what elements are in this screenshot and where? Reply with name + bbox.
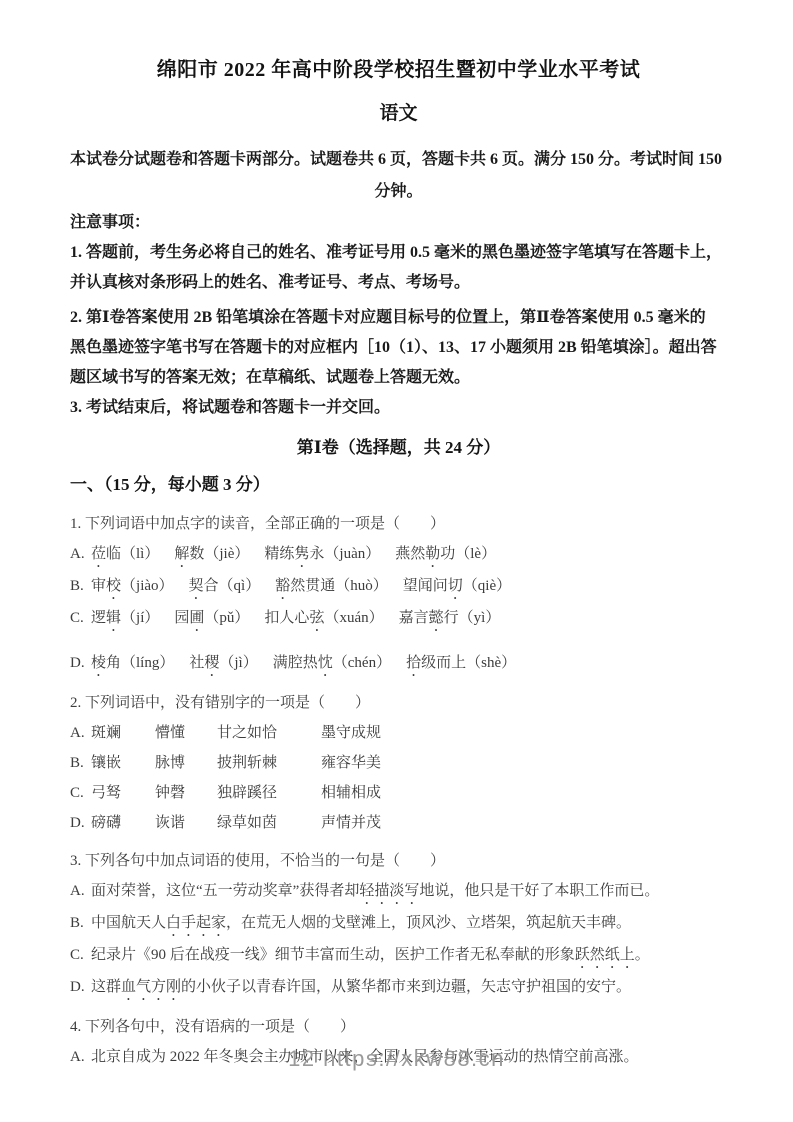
option-label: A. <box>70 718 91 748</box>
option-text: 嘉言懿行（yì） <box>399 603 501 635</box>
question-4-stem: 4. 下列各句中，没有语病的一项是（ ） <box>70 1012 727 1042</box>
intro-line: 本试卷分试题卷和答题卡两部分。试题卷共 6 页，答题卡共 6 页。满分 150 … <box>70 144 727 176</box>
notice-line: 2. 第Ⅰ卷答案使用 2B 铅笔填涂在答题卡对应题目标号的位置上，第Ⅱ卷答案使用… <box>70 303 727 333</box>
notice-line: 并认真核对条形码上的姓名、准考证号、考点、考场号。 <box>70 268 727 298</box>
option-label: C. <box>70 603 91 633</box>
emphasized-text: 懿 <box>429 610 444 626</box>
option-text: 棱角（líng） <box>91 648 174 680</box>
option-text: 满腔热忱（chén） <box>273 648 391 680</box>
emphasized-text: 轻描淡写 <box>359 883 419 899</box>
option-row: B.中国航天人白手起家，在荒无人烟的戈壁滩上，顶风沙、立塔架，筑起航天丰碑。 <box>70 908 727 940</box>
emphasized-text: 拾 <box>406 655 421 671</box>
option-text: 莅临（lì） <box>91 539 159 571</box>
option-text: 绿草如茵 <box>217 808 306 838</box>
option-text: 契合（qì） <box>189 571 261 603</box>
emphasized-text: 辑 <box>106 610 121 626</box>
option-row: A.面对荣誉，这位“五一劳动奖章”获得者却轻描淡写地说，他只是干好了本职工作而已… <box>70 876 727 908</box>
emphasized-text: 勒 <box>425 546 440 562</box>
option-text: 这群血气方刚的小伙子以青春许国，从繁华都市来到边疆，矢志守护祖国的安宁。 <box>91 972 631 1004</box>
option-text: 懵懂 <box>155 718 202 748</box>
option-row: C.逻辑（jí）园圃（pǔ）扣人心弦（xuán）嘉言懿行（yì） <box>70 603 727 635</box>
emphasized-text: 莅 <box>91 546 106 562</box>
option-label: B. <box>70 748 91 778</box>
question-1-stem: 1. 下列词语中加点字的读音，全部正确的一项是（ ） <box>70 509 727 539</box>
option-row: A.斑斓懵懂甘之如恰墨守成规 <box>70 718 727 748</box>
option-row: D.这群血气方刚的小伙子以青春许国，从繁华都市来到边疆，矢志守护祖国的安宁。 <box>70 972 727 1004</box>
option-label: A. <box>70 539 91 569</box>
notice-line: 3. 考试结束后，将试题卷和答题卡一并交回。 <box>70 393 727 423</box>
option-text: 面对荣誉，这位“五一劳动奖章”获得者却轻描淡写地说，他只是干好了本职工作而已。 <box>91 876 659 908</box>
question-2-stem: 2. 下列词语中，没有错别字的一项是（ ） <box>70 688 727 718</box>
option-text: 相辅相成 <box>321 778 381 808</box>
emphasized-text: 隽 <box>294 546 309 562</box>
option-label: C. <box>70 940 91 971</box>
option-text: 望闻问切（qiè） <box>403 571 511 603</box>
emphasized-text: 忱 <box>318 655 333 671</box>
option-text: 拾级而上（shè） <box>406 648 516 680</box>
option-text: 审校（jiào） <box>91 571 174 603</box>
option-row: A.莅临（lì）解数（jiè）精练隽永（juàn）燕然勒功（lè） <box>70 539 727 571</box>
option-row: D.棱角（líng）社稷（jì）满腔热忱（chén）拾级而上（shè） <box>70 648 727 680</box>
option-text: 社稷（jì） <box>189 648 257 680</box>
option-text: 逻辑（jí） <box>91 603 159 635</box>
question-3: 3. 下列各句中加点词语的使用，不恰当的一句是（ ） A.面对荣誉，这位“五一劳… <box>70 846 727 1004</box>
option-text: 斑斓 <box>91 718 140 748</box>
emphasized-text: 校 <box>106 578 121 594</box>
option-text: 扣人心弦（xuán） <box>264 603 383 635</box>
emphasized-text: 切 <box>448 578 463 594</box>
notice-line: 1. 答题前，考生务必将自己的姓名、准考证号用 0.5 毫米的黑色墨迹签字笔填写… <box>70 238 727 268</box>
option-text: 精练隽永（juàn） <box>264 539 380 571</box>
option-text: 解数（jiè） <box>174 539 249 571</box>
notice-line: 黑色墨迹签字笔书写在答题卡的对应框内［10（1）、13、17 小题须用 2B 铅… <box>70 333 727 363</box>
option-text: 豁然贯通（huò） <box>275 571 388 603</box>
emphasized-text: 圃 <box>189 610 204 626</box>
emphasized-text: 解 <box>174 546 189 562</box>
emphasized-text: 契 <box>189 578 204 594</box>
option-text: 甘之如恰 <box>217 718 306 748</box>
option-text: 燕然勒功（lè） <box>395 539 496 571</box>
option-label: D. <box>70 808 91 838</box>
option-text: 弓驽 <box>91 778 140 808</box>
option-label: B. <box>70 571 91 601</box>
page-title: 绵阳市 2022 年高中阶段学校招生暨初中学业水平考试 <box>70 56 727 84</box>
option-text: 独辟蹊径 <box>217 778 306 808</box>
notice-item-3: 3. 考试结束后，将试题卷和答题卡一并交回。 <box>70 393 727 423</box>
option-label: A. <box>70 876 91 907</box>
page-footer-watermark: 12 https://xkw88.cn <box>0 1044 793 1074</box>
emphasized-text: 弦 <box>309 610 324 626</box>
question-1: 1. 下列词语中加点字的读音，全部正确的一项是（ ） A.莅临（lì）解数（ji… <box>70 509 727 680</box>
option-text: 纪录片《90 后在战疫一线》细节丰富而生动，医护工作者无私奉献的形象跃然纸上。 <box>91 940 650 972</box>
question-2: 2. 下列词语中，没有错别字的一项是（ ） A.斑斓懵懂甘之如恰墨守成规B.镶嵌… <box>70 688 727 838</box>
option-text: 脉博 <box>155 748 202 778</box>
option-text: 磅礴 <box>91 808 140 838</box>
option-text: 声情并茂 <box>321 808 381 838</box>
exam-page: 绵阳市 2022 年高中阶段学校招生暨初中学业水平考试 语文 本试卷分试题卷和答… <box>0 0 793 1073</box>
option-row: B.审校（jiào）契合（qì）豁然贯通（huò）望闻问切（qiè） <box>70 571 727 603</box>
emphasized-text: 血气方刚 <box>121 979 181 995</box>
option-text: 雍容华美 <box>321 748 381 778</box>
option-label: B. <box>70 908 91 939</box>
intro-line: 分钟。 <box>70 176 727 208</box>
option-text: 中国航天人白手起家，在荒无人烟的戈壁滩上，顶风沙、立塔架，筑起航天丰碑。 <box>91 908 631 940</box>
emphasized-text: 白手起家 <box>166 915 226 931</box>
option-row: D.磅礴诙谐绿草如茵声情并茂 <box>70 808 727 838</box>
option-label: D. <box>70 972 91 1003</box>
question-2-options: A.斑斓懵懂甘之如恰墨守成规B.镶嵌脉博披荆斩棘雍容华美C.弓驽钟磬独辟蹊径相辅… <box>70 718 727 838</box>
option-label: C. <box>70 778 91 808</box>
section1-heading: 一、（15 分，每小题 3 分） <box>70 469 727 501</box>
option-text: 钟磬 <box>155 778 202 808</box>
notice-item-1: 1. 答题前，考生务必将自己的姓名、准考证号用 0.5 毫米的黑色墨迹签字笔填写… <box>70 238 727 298</box>
intro-paragraph: 本试卷分试题卷和答题卡两部分。试题卷共 6 页，答题卡共 6 页。满分 150 … <box>70 144 727 208</box>
option-text: 墨守成规 <box>321 718 381 748</box>
option-text: 披荆斩棘 <box>217 748 306 778</box>
notice-line: 题区域书写的答案无效；在草稿纸、试题卷上答题无效。 <box>70 363 727 393</box>
part1-heading: 第Ⅰ卷（选择题，共 24 分） <box>70 433 727 463</box>
question-1-options: A.莅临（lì）解数（jiè）精练隽永（juàn）燕然勒功（lè）B.审校（ji… <box>70 539 727 680</box>
option-row: C.弓驽钟磬独辟蹊径相辅相成 <box>70 778 727 808</box>
option-text: 诙谐 <box>155 808 202 838</box>
notice-item-2: 2. 第Ⅰ卷答案使用 2B 铅笔填涂在答题卡对应题目标号的位置上，第Ⅱ卷答案使用… <box>70 303 727 393</box>
emphasized-text: 稷 <box>204 655 219 671</box>
notice-heading: 注意事项： <box>70 208 727 238</box>
option-label: D. <box>70 648 91 678</box>
subject-title: 语文 <box>70 101 727 127</box>
option-text: 镶嵌 <box>91 748 140 778</box>
emphasized-text: 豁 <box>275 578 290 594</box>
question-3-options: A.面对荣誉，这位“五一劳动奖章”获得者却轻描淡写地说，他只是干好了本职工作而已… <box>70 876 727 1004</box>
emphasized-text: 跃然纸上 <box>575 947 635 963</box>
option-row: C.纪录片《90 后在战疫一线》细节丰富而生动，医护工作者无私奉献的形象跃然纸上… <box>70 940 727 972</box>
emphasized-text: 棱 <box>91 655 106 671</box>
option-text: 园圃（pǔ） <box>174 603 249 635</box>
option-row: B.镶嵌脉博披荆斩棘雍容华美 <box>70 748 727 778</box>
question-3-stem: 3. 下列各句中加点词语的使用，不恰当的一句是（ ） <box>70 846 727 876</box>
